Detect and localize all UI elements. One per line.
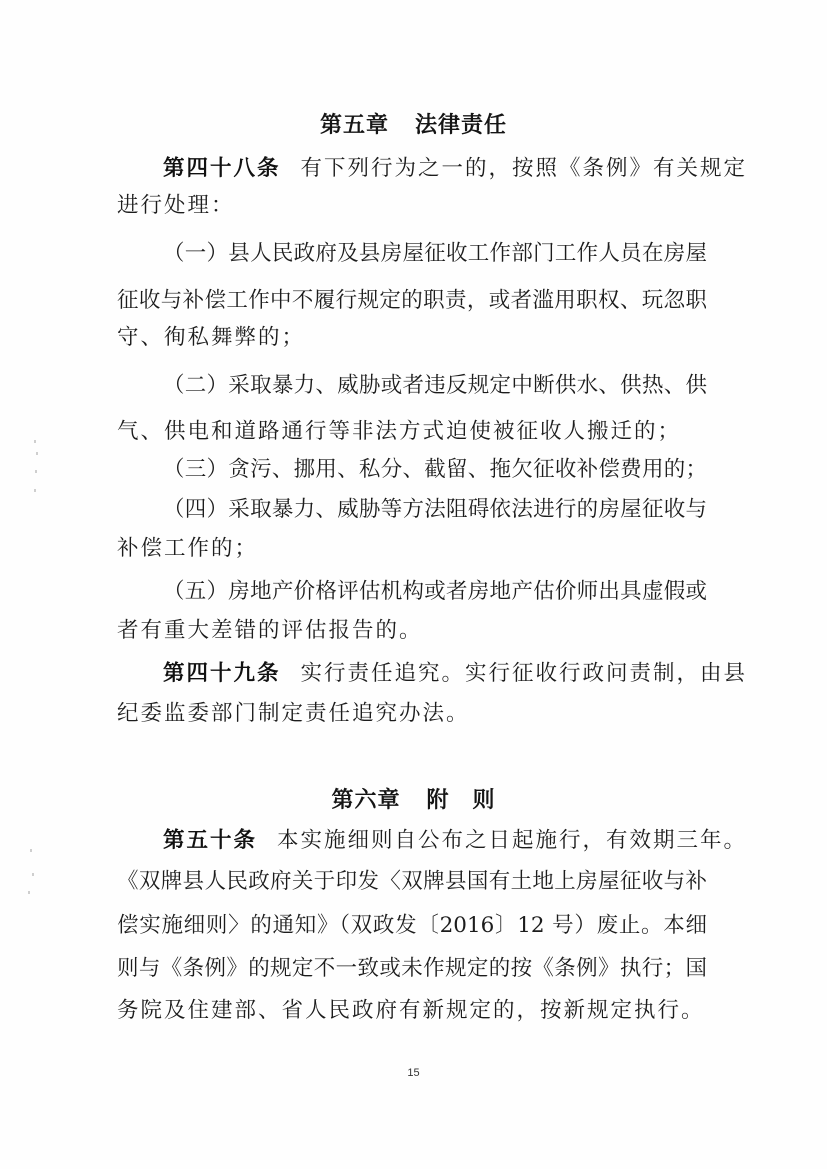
scan-speck [34, 489, 36, 492]
scan-speck [34, 440, 36, 443]
chapter-heading-6: 第六章附 则 [0, 787, 827, 815]
article-50-line-5: 务院及住建部、省人民政府有新规定的，按新规定执行。 [117, 997, 707, 1025]
item-2-line-2: 气、供电和道路通行等非法方式迫使被征收人搬迁的； [117, 418, 707, 446]
scan-speck [30, 849, 32, 852]
chapter-number: 第六章 [331, 788, 400, 813]
article-50-line-4: 则与《条例》的规定不一致或未作规定的按《条例》执行；国 [117, 955, 707, 983]
article-text: 本实施细则自公布之日起施行，有效期三年。 [277, 828, 747, 853]
page-number: 15 [0, 1067, 827, 1079]
item-5-line-1: （五）房地产价格评估机构或者房地产估价师出具虚假或 [163, 578, 707, 606]
item-2-line-1: （二）采取暴力、威胁或者违反规定中断供水、供热、供 [163, 372, 707, 400]
article-49-line-2: 纪委监委部门制定责任追究办法。 [117, 700, 707, 728]
chapter-number: 第五章 [320, 113, 389, 138]
item-1-line-1: （一）县人民政府及县房屋征收工作部门工作人员在房屋 [163, 240, 707, 268]
article-48-line-2: 进行处理： [117, 192, 707, 220]
article-text: 实行责任追究。实行征收行政问责制，由县 [301, 661, 748, 686]
item-1-line-3: 守、徇私舞弊的； [117, 324, 707, 352]
chapter-title: 附 则 [427, 788, 496, 813]
chapter-heading-5: 第五章法律责任 [0, 112, 827, 140]
item-5-line-2: 者有重大差错的评估报告的。 [117, 617, 707, 645]
article-label: 第四十八条 [163, 156, 281, 181]
article-label: 第五十条 [163, 828, 257, 853]
item-1-line-2: 征收与补偿工作中不履行规定的职责，或者滥用职权、玩忽职 [117, 287, 707, 315]
article-text: 有下列行为之一的，按照《条例》有关规定 [301, 156, 748, 181]
article-50-line-3: 偿实施细则〉的通知》（双政发〔2016〕12 号）废止。本细 [117, 912, 707, 940]
article-label: 第四十九条 [163, 661, 281, 686]
scan-speck [28, 891, 30, 894]
scan-speck [32, 873, 34, 876]
item-3-line-1: （三）贪污、挪用、私分、截留、拖欠征收补偿费用的； [163, 456, 707, 484]
document-page: 第五章法律责任 第四十八条有下列行为之一的，按照《条例》有关规定 进行处理： （… [0, 0, 827, 1169]
scan-speck [36, 452, 38, 455]
article-50-line-2: 《双牌县人民政府关于印发〈双牌县国有土地上房屋征收与补 [117, 868, 707, 896]
article-48-line-1: 第四十八条有下列行为之一的，按照《条例》有关规定 [163, 155, 707, 183]
item-4-line-2: 补偿工作的； [117, 535, 707, 563]
chapter-title: 法律责任 [415, 113, 507, 138]
article-49-line-1: 第四十九条实行责任追究。实行征收行政问责制，由县 [163, 660, 707, 688]
article-50-line-1: 第五十条本实施细则自公布之日起施行，有效期三年。 [163, 827, 707, 855]
item-4-line-1: （四）采取暴力、威胁等方法阻碍依法进行的房屋征收与 [163, 496, 707, 524]
scan-speck [35, 470, 37, 473]
